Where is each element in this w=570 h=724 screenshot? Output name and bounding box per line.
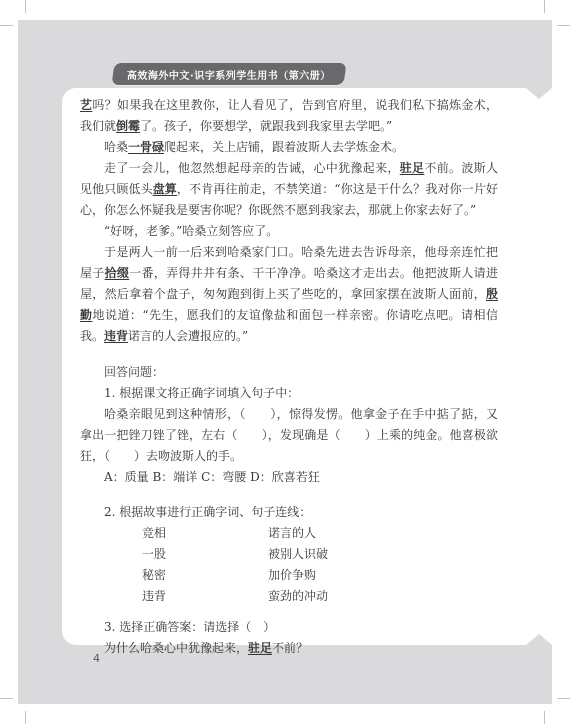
underlined-term: 拾缀 [105,266,130,280]
story-paragraph: 于是两人一前一后来到哈桑家门口。哈桑先进去告诉母亲，他母亲连忙把屋子拾缀一番，弄… [80,242,498,347]
story-text: 艺吗？如果我在这里教你，让人看见了，告到官府里，说我们私下搞炼金术，我们就倒霉了… [80,95,498,347]
question-2: 2. 根据故事进行正确字词、句子连线： 竞相诺言的人一股被别人识破秘密加价争购违… [80,502,498,607]
question-3: 3. 选择正确答案：请选择（ ） 为什么哈桑心中犹豫起来，驻足不前？ [80,617,498,659]
series-title-label: 高效海外中文·识字系列学生用书（第六册） [127,67,331,82]
matching-pair-row: 竞相诺言的人 [80,523,498,544]
matching-pair-row: 一股被别人识破 [80,544,498,565]
crop-mark-top-right-v [544,0,545,13]
question-2-label: 2. 根据故事进行正确字词、句子连线： [80,502,498,523]
underlined-term: 倒霉 [116,119,140,133]
underlined-term: 驻足 [400,161,425,175]
underlined-term: 驻足 [248,641,272,655]
matching-pair-row: 秘密加价争购 [80,565,498,586]
matching-term: 违背 [142,586,268,607]
underlined-term: 违背 [104,329,128,343]
question-1-passage: 哈桑亲眼见到这种情形，（ ），惊得发愣。他拿金子在手中掂了掂，又拿出一把锉刀锉了… [80,404,498,467]
matching-definition: 诺言的人 [268,523,316,544]
crop-mark-top-right-h [557,25,570,26]
crop-mark-bottom-left-h [0,698,13,699]
matching-pair-row: 违背蛮劲的冲动 [80,586,498,607]
story-paragraph: 艺吗？如果我在这里教你，让人看见了，告到官府里，说我们私下搞炼金术，我们就倒霉了… [80,95,498,137]
matching-exercise: 竞相诺言的人一股被别人识破秘密加价争购违背蛮劲的冲动 [80,523,498,607]
question-1: 1. 根据课文将正确字词填入句子中： 哈桑亲眼见到这种情形，（ ），惊得发愣。他… [80,383,498,488]
crop-mark-bottom-left-v [25,711,26,724]
story-paragraph: 走了一会儿，他忽然想起母亲的告诫，心中犹豫起来，驻足不前。波斯人见他只顾低头盘算… [80,158,498,221]
question-3-label: 3. 选择正确答案：请选择（ ） [80,617,498,638]
matching-definition: 蛮劲的冲动 [268,586,328,607]
underlined-term: 艺 [80,98,92,112]
question-3-prompt: 为什么哈桑心中犹豫起来，驻足不前？ [80,638,498,659]
series-title-badge: 高效海外中文·识字系列学生用书（第六册） [111,63,346,85]
matching-term: 秘密 [142,565,268,586]
crop-mark-bottom-right-h [557,698,570,699]
matching-term: 一股 [142,544,268,565]
crop-mark-bottom-right-v [544,711,545,724]
matching-definition: 加价争购 [268,565,316,586]
questions-heading: 回答问题： [80,362,498,383]
question-1-label: 1. 根据课文将正确字词填入句子中： [80,383,498,404]
scanned-book-page: 高效海外中文·识字系列学生用书（第六册） 艺吗？如果我在这里教你，让人看见了，告… [0,0,570,724]
crop-mark-top-left-v [25,0,26,13]
questions-section: 回答问题： 1. 根据课文将正确字词填入句子中： 哈桑亲眼见到这种情形，（ ），… [80,362,498,659]
question-1-options: A：质量 B：端详 C：弯腰 D：欣喜若狂 [80,467,498,488]
ribbon-notch-bottom-icon [526,634,552,645]
crop-mark-top-left-h [0,25,13,26]
ribbon-notch-top-icon [526,88,552,99]
matching-definition: 被别人识破 [268,544,328,565]
page-background: 高效海外中文·识字系列学生用书（第六册） 艺吗？如果我在这里教你，让人看见了，告… [18,20,552,704]
content-panel: 艺吗？如果我在这里教你，让人看见了，告到官府里，说我们私下搞炼金术，我们就倒霉了… [62,88,552,645]
matching-term: 竞相 [142,523,268,544]
page-number: 4 [93,652,100,665]
underlined-term: 盘算 [153,182,177,196]
story-paragraph: “好呀，老爹。”哈桑立刻答应了。 [80,221,498,242]
story-paragraph: 哈桑一骨碌爬起来，关上店铺，跟着波斯人去学炼金术。 [80,137,498,158]
lesson-text: 艺吗？如果我在这里教你，让人看见了，告到官府里，说我们私下搞炼金术，我们就倒霉了… [80,95,498,659]
underlined-term: 一骨碌 [128,140,164,154]
